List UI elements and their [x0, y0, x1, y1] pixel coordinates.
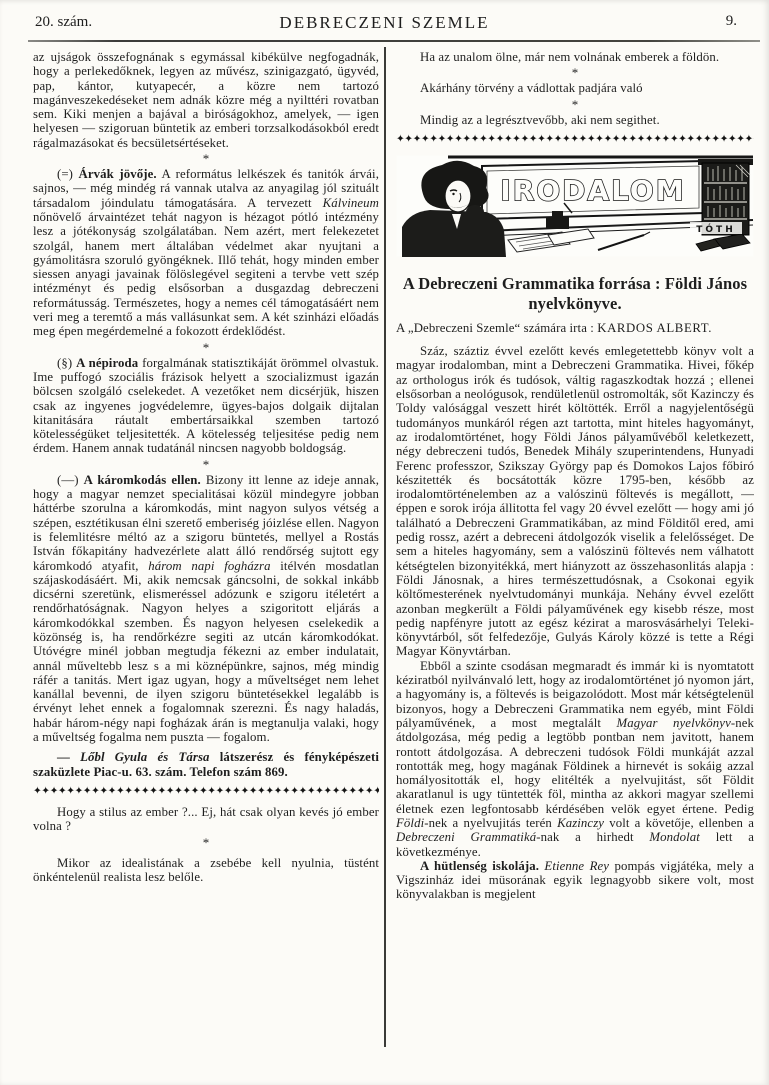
- diamond-divider: ✦✦✦✦✦✦✦✦✦✦✦✦✦✦✦✦✦✦✦✦✦✦✦✦✦✦✦✦✦✦✦✦✦✦✦✦✦✦✦✦…: [33, 786, 379, 798]
- section-separator: *: [396, 99, 754, 111]
- text-run-italic: Földi: [396, 816, 424, 830]
- text-run-italic: Etienne Rey: [544, 859, 609, 873]
- aphorism: Mindig az a legrésztvevőbb, aki nem segi…: [396, 113, 754, 127]
- advert-lobl-gyula: — Lőbl Gyula és Társa látszerész és fény…: [33, 750, 379, 779]
- aphorism: Ha az unalom ölne, már nem volnának embe…: [396, 50, 754, 64]
- text-run: (=): [57, 167, 79, 181]
- text-run: volt a követője, ellenben a: [604, 816, 754, 830]
- news-item-arvak-jovoje: (=) Árvák jövője. A református lelkészek…: [33, 167, 379, 339]
- item-lead: A káromkodás ellen.: [84, 473, 201, 487]
- text-run: (—): [57, 473, 84, 487]
- text-run: A „Debreczeni Szemle“ számára irta :: [396, 321, 597, 335]
- text-run: -nek átdolgozása, még pedig a legtöbb po…: [396, 716, 754, 816]
- text-run: -nak a hirhedt: [536, 830, 649, 844]
- text-run: —: [57, 750, 80, 764]
- text-run: az ujságok összefognának s egymással kib…: [33, 50, 379, 150]
- header-rule: [28, 40, 760, 42]
- text-run-italic: Kálvineum: [323, 196, 379, 210]
- article-paragraph-hutlenseg: A hütlenség iskolája. Etienne Rey pompás…: [396, 859, 754, 902]
- text-run: Hogy a stilus az ember ?... Ej, hát csak…: [33, 805, 379, 833]
- text-run-italic: Kazinczy: [557, 816, 604, 830]
- artist-signature: TÓTH: [690, 222, 742, 235]
- item-lead: A hütlenség iskolája.: [420, 859, 539, 873]
- article-title: A Debreczeni Grammatika forrása : Földi …: [398, 274, 752, 314]
- text-run: Ha az unalom ölne, már nem volnának embe…: [420, 50, 719, 64]
- text-run: Száz, száztiz évvel ezelőtt kevés emlege…: [396, 344, 754, 658]
- section-separator: *: [33, 837, 379, 849]
- article-byline: A „Debreczeni Szemle“ számára irta : KAR…: [396, 321, 754, 335]
- section-separator: *: [33, 153, 379, 165]
- aphorism: Akárhány törvény a vádlottak padjára val…: [396, 81, 754, 95]
- news-item-continuation: az ujságok összefognának s egymással kib…: [33, 50, 379, 150]
- aphorism: Hogy a stilus az ember ?... Ej, hát csak…: [33, 805, 379, 834]
- irodalom-sign: IRODALOM: [482, 161, 704, 219]
- article-paragraph: Száz, száztiz évvel ezelőtt kevés emlege…: [396, 344, 754, 659]
- text-run: forgalmának statisztikáját örömmel olvas…: [33, 356, 379, 456]
- left-column: az ujságok összefognának s egymással kib…: [33, 50, 379, 884]
- text-run-italic: Mondolat: [649, 830, 700, 844]
- artist-signature-text: TÓTH: [696, 223, 735, 235]
- masthead-title: DEBRECZENI SZEMLE: [0, 13, 769, 33]
- irodalom-section-header: IRODALOM: [396, 155, 754, 262]
- advertiser-name: Lőbl Gyula és Társa: [80, 750, 209, 764]
- aphorism: Mikor az idealistának a zsebébe kell nyu…: [33, 856, 379, 885]
- text-run: Mikor az idealistának a zsebébe kell nyu…: [33, 856, 379, 884]
- right-column: Ha az unalom ölne, már nem volnának embe…: [396, 50, 754, 902]
- newspaper-page: 20. szám. DEBRECZENI SZEMLE 9. az ujságo…: [0, 0, 769, 1085]
- text-run-italic: Debreczeni Grammatiká: [396, 830, 536, 844]
- column-divider-rule: [384, 47, 386, 1047]
- item-lead: Árvák jövője.: [79, 167, 157, 181]
- text-run: itélvén mosdatlan szájaskodásáért. Mi, a…: [33, 559, 379, 745]
- article-paragraph: Ebből a szinte csodásan megmaradt és imm…: [396, 659, 754, 859]
- text-run: Mindig az a legrésztvevőbb, aki nem segi…: [420, 113, 660, 127]
- text-run-italic: Magyar nyelvkönyv: [616, 716, 730, 730]
- page-number: 9.: [726, 13, 737, 30]
- section-separator: *: [396, 67, 754, 79]
- section-separator: *: [33, 459, 379, 471]
- text-run: -nek a nyelvujitás terén: [424, 816, 557, 830]
- news-item-nepiroda: (§) A népiroda forgalmának statisztikájá…: [33, 356, 379, 456]
- text-run: nőnövelő árvaintézet tehát nagyon is héz…: [33, 210, 379, 338]
- text-run: (§): [57, 356, 76, 370]
- text-run: Akárhány törvény a vádlottak padjára val…: [420, 81, 643, 95]
- author-name: KARDOS ALBERT.: [597, 321, 712, 335]
- diamond-divider: ✦✦✦✦✦✦✦✦✦✦✦✦✦✦✦✦✦✦✦✦✦✦✦✦✦✦✦✦✦✦✦✦✦✦✦✦✦✦✦✦…: [396, 134, 754, 146]
- section-separator: *: [33, 342, 379, 354]
- item-lead: A népiroda: [76, 356, 138, 370]
- irodalom-sign-text: IRODALOM: [500, 174, 685, 207]
- irodalom-illustration: IRODALOM: [396, 155, 754, 257]
- text-run-italic: három napi fogházra: [148, 559, 270, 573]
- news-item-karomkodas: (—) A káromkodás ellen. Bizony itt lenne…: [33, 473, 379, 745]
